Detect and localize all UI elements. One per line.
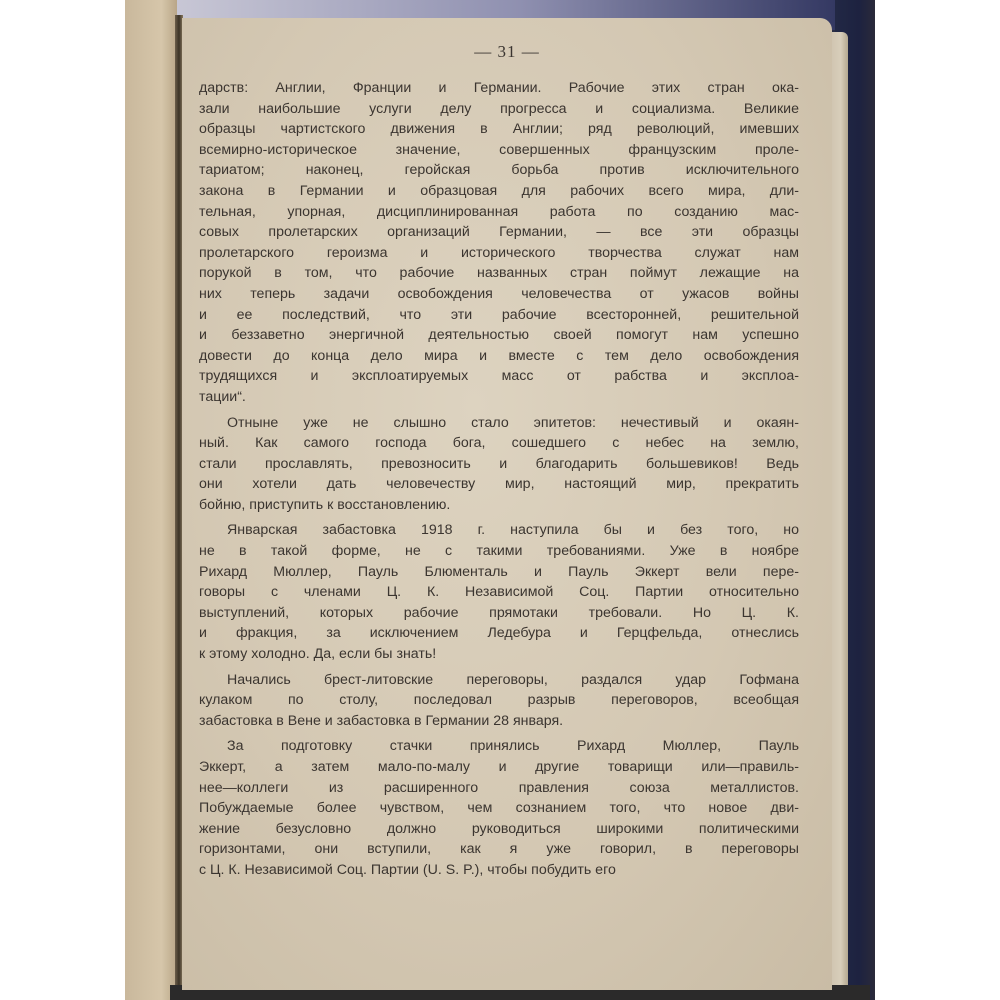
text-line: дарств: Англии, Франции и Германии. Рабо… (199, 78, 799, 99)
text-line: стали прославлять, превозносить и благод… (199, 454, 799, 475)
paragraph: Отныне уже не слышно стало эпитетов: неч… (199, 413, 799, 516)
text-line: тельная, упорная, дисциплинированная раб… (199, 202, 799, 223)
text-line: жение безусловно должно руководиться шир… (199, 819, 799, 840)
text-line: Рихард Мюллер, Пауль Блюменталь и Пауль … (199, 562, 799, 583)
paragraph: дарств: Англии, Франции и Германии. Рабо… (199, 78, 799, 408)
text-line: горизонтами, они вступили, как я уже гов… (199, 839, 799, 860)
text-line: закона в Германии и образцовая для рабоч… (199, 181, 799, 202)
text-line: довести до конца дело мира и вместе с те… (199, 346, 799, 367)
page-number: — 31 — (182, 42, 832, 62)
text-line: и беззаветно энергичной деятельностью св… (199, 325, 799, 346)
page-stack-edge (830, 32, 848, 987)
text-line: говоры с членами Ц. К. Независимой Соц. … (199, 582, 799, 603)
text-line: пролетарского героизма и исторического т… (199, 243, 799, 264)
text-line: к этому холодно. Да, если бы знать! (199, 644, 799, 665)
text-line: не в такой форме, не с такими требования… (199, 541, 799, 562)
text-line: Эккерт, а затем мало-по-малу и другие то… (199, 757, 799, 778)
text-line: они хотели дать человечеству мир, настоя… (199, 474, 799, 495)
text-line: тации“. (199, 387, 799, 408)
text-line: Начались брест-литовские переговоры, раз… (199, 670, 799, 691)
text-line: совых пролетарских организаций Германии,… (199, 222, 799, 243)
book-photo: — 31 — дарств: Англии, Франции и Германи… (125, 0, 875, 1000)
left-page-edge (125, 0, 177, 1000)
text-line: Январская забастовка 1918 г. наступила б… (199, 520, 799, 541)
text-line: бойню, приступить к восстановлению. (199, 495, 799, 516)
text-line: образцы чартистского движения в Англии; … (199, 119, 799, 140)
text-line: забастовка в Вене и забастовка в Германи… (199, 711, 799, 732)
text-line: ный. Как самого господа бога, сошедшего … (199, 433, 799, 454)
text-line: зали наибольшие услуги делу прогресса и … (199, 99, 799, 120)
text-line: выступлений, которых рабочие прямотаки т… (199, 603, 799, 624)
text-line: нее—коллеги из расширенного правления со… (199, 778, 799, 799)
paragraph: За подготовку стачки принялись Рихард Мю… (199, 736, 799, 880)
paragraph: Январская забастовка 1918 г. наступила б… (199, 520, 799, 664)
text-line: За подготовку стачки принялись Рихард Мю… (199, 736, 799, 757)
text-line: трудящихся и эксплоатируемых масс от раб… (199, 366, 799, 387)
text-line: Побуждаемые более чувством, чем сознание… (199, 798, 799, 819)
text-line: всемирно-историческое значение, совершен… (199, 140, 799, 161)
text-line: с Ц. К. Независимой Соц. Партии (U. S. P… (199, 860, 799, 881)
text-line: тариатом; наконец, геройская борьба прот… (199, 160, 799, 181)
paragraph: Начались брест-литовские переговоры, раз… (199, 670, 799, 732)
text-line: порукой в том, что рабочие названных стр… (199, 263, 799, 284)
page-body-text: дарств: Англии, Франции и Германии. Рабо… (199, 78, 799, 881)
text-line: и фракция, за исключением Ледебура и Гер… (199, 623, 799, 644)
text-line: и ее последствий, что эти рабочие всесто… (199, 305, 799, 326)
text-line: них теперь задачи освобождения человечес… (199, 284, 799, 305)
text-line: кулаком по столу, последовал разрыв пере… (199, 690, 799, 711)
book-page: — 31 — дарств: Англии, Франции и Германи… (182, 18, 832, 990)
text-line: Отныне уже не слышно стало эпитетов: неч… (199, 413, 799, 434)
